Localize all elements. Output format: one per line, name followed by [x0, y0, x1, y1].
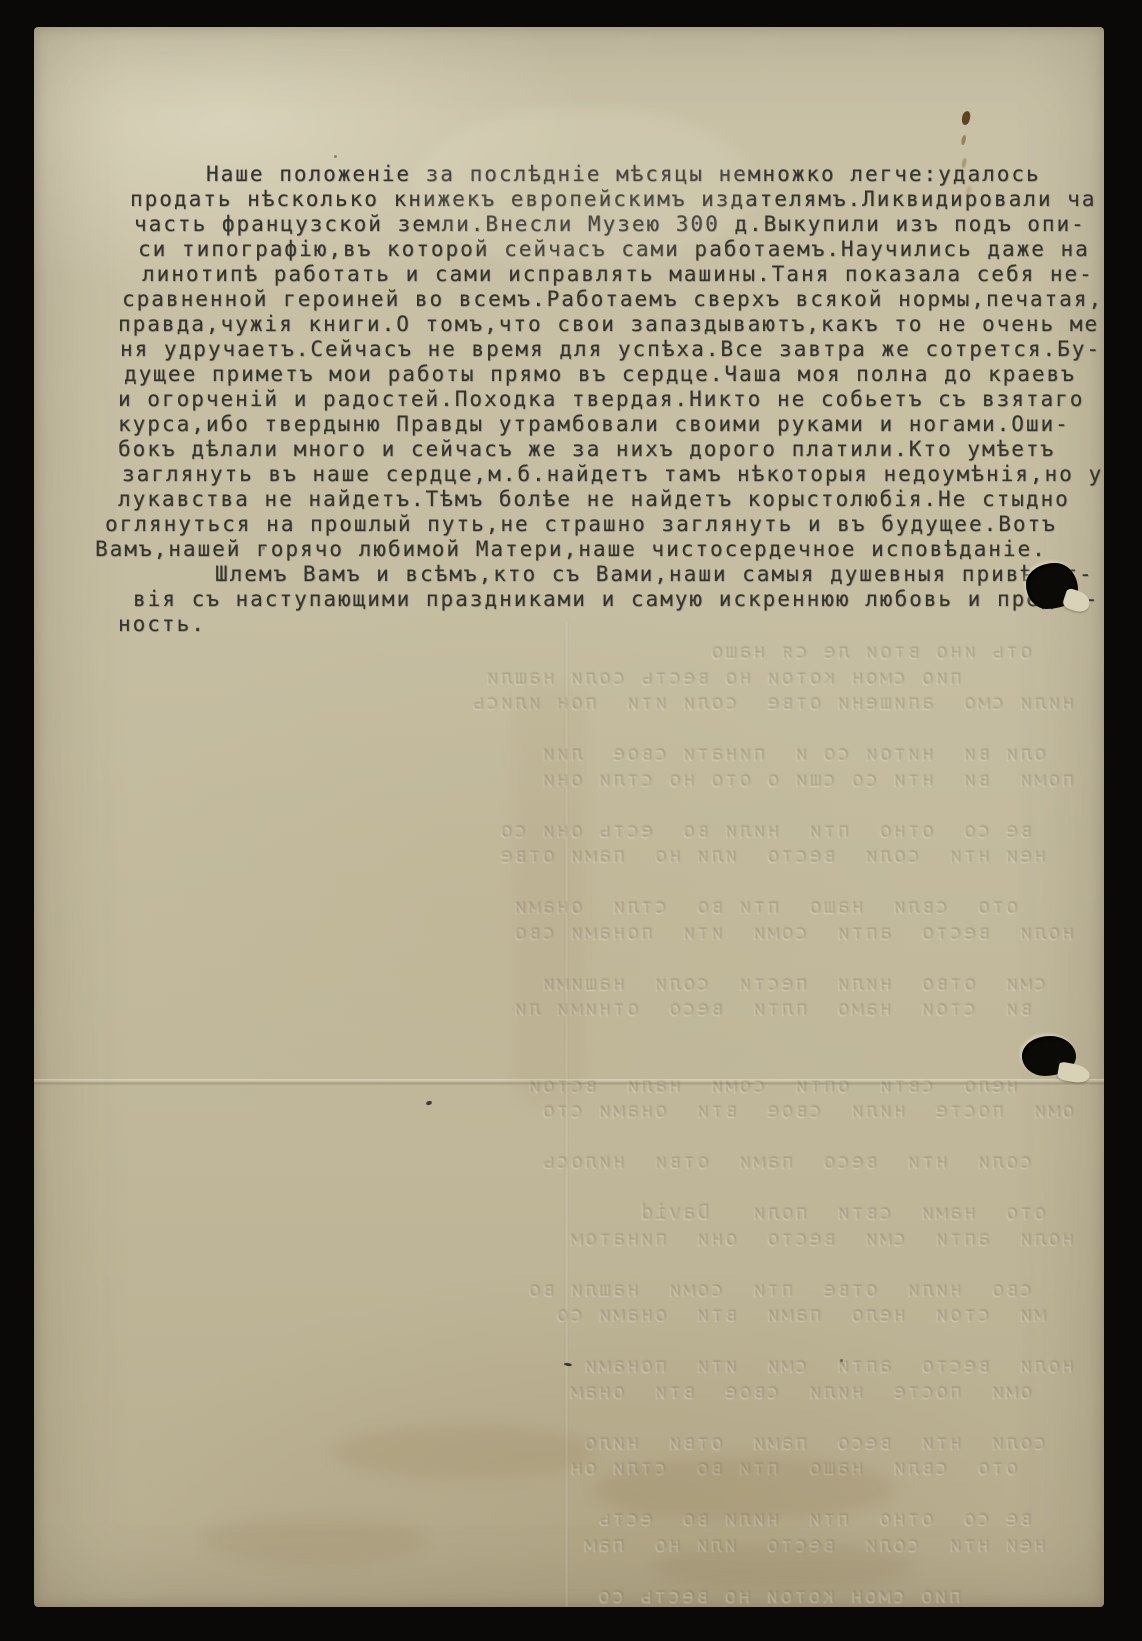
letter-line: Вамъ,нашей горячо любимой Матери,наше чи… — [95, 537, 1104, 562]
bleed-line: ви стои намо плти весо отними ли — [64, 996, 1074, 1022]
bleed-line — [64, 869, 1074, 895]
ink-speck — [840, 1359, 843, 1362]
letter-line: лукавства не найдетъ.Тѣмъ болѣе не найде… — [118, 487, 1104, 512]
letter-line: ня удручаетъ.Сейчасъ не время для успѣха… — [120, 337, 1104, 362]
letter-line: правда,чужія книги.О томъ,что свои запаз… — [118, 312, 1104, 337]
bleed-line: ото свли нашо пти во стли онами — [64, 894, 1074, 920]
bleed-line: пио смон котои но весть со — [64, 1583, 1074, 1608]
bleed-through-text: оть ино втои ле ся нашо пио смон котои н… — [64, 639, 1074, 1607]
bleed-line: ве со отно пти нили во есть — [64, 1506, 1074, 1532]
bleed-line: неи нти соли весто или но пам — [64, 1532, 1074, 1558]
bleed-line: ноли апти сми весто они пинатом — [64, 1226, 1074, 1252]
punch-hole-middle-right — [1022, 1036, 1076, 1076]
letter-line: Наше положеніе за послѣдніе мѣсяцы немно… — [206, 162, 1104, 187]
bleed-line — [64, 1251, 1074, 1277]
bleed-line: пио смон котои но весть соли нашли — [64, 665, 1074, 691]
fold-crease-horizontal — [34, 1079, 1104, 1085]
letter-line: заглянуть въ наше сердце,м.б.найдетъ там… — [122, 462, 1104, 487]
bleed-line: оми посте нили свое вти онами сто — [64, 1098, 1074, 1124]
bleed-line — [64, 792, 1074, 818]
ink-speck — [334, 155, 337, 158]
bleed-line: нили смо апишени отве соли ити пон ились — [64, 690, 1074, 716]
letter-line: си типографію,въ которой сейчасъ сами ра… — [138, 237, 1104, 262]
fold-crease-vertical — [564, 622, 569, 1607]
bleed-line: ото нами свти поли David — [64, 1200, 1074, 1226]
bleed-line — [64, 1404, 1074, 1430]
bleed-line — [64, 945, 1074, 971]
bleed-line — [64, 1557, 1074, 1583]
bleed-line — [64, 1481, 1074, 1507]
letter-text: Наше положеніе за послѣдніе мѣсяцы немно… — [118, 162, 1104, 637]
letter-line: дущее приметъ мои работы прямо въ сердце… — [124, 362, 1104, 387]
bleed-line — [64, 1022, 1074, 1048]
rust-spot — [960, 110, 971, 126]
letter-line: сравненной героиней во всемъ.Работаемъ с… — [122, 287, 1104, 312]
letter-line: часть французской земли.Внесли Музею 300… — [134, 212, 1104, 237]
letter-line: вія съ наступающими праздниками и самую … — [133, 587, 1104, 612]
letter-line: линотипѣ работать и сами исправлять маши… — [142, 262, 1104, 287]
bleed-line: ото свли нашо пти во стли он — [64, 1455, 1074, 1481]
bleed-line — [64, 1328, 1074, 1354]
bleed-line: соли нти весо пами отви нилось — [64, 1149, 1074, 1175]
letter-paper: оть ино втои ле ся нашо пио смон котои н… — [34, 27, 1104, 1607]
bleed-line: ноли весто апти соми ити понами сво — [64, 920, 1074, 946]
bleed-line: ве со отно пти нили во есть они со — [64, 818, 1074, 844]
bleed-line: оть ино втои ле ся нашо — [64, 639, 1074, 665]
letter-line: бокъ дѣлали много и сейчасъ же за нихъ д… — [118, 437, 1104, 462]
bleed-line — [64, 1047, 1074, 1073]
letter-line: ность. — [118, 612, 1104, 637]
bleed-line: соли нти весо пами отви нило — [64, 1430, 1074, 1456]
bleed-line — [64, 716, 1074, 742]
letter-line: курса,ибо твердыню Правды утрамбовали св… — [118, 412, 1104, 437]
letter-line: продать нѣсколько книжекъ европейскимъ и… — [130, 187, 1104, 212]
letter-line: оглянуться на прошлый путь,не страшно за… — [105, 512, 1104, 537]
bleed-line: ми стои нело пами вти онами со — [64, 1302, 1074, 1328]
bleed-line: нело свти опти соми нали встои — [64, 1073, 1074, 1099]
bleed-line — [64, 1175, 1074, 1201]
letter-line: и огорченій и радостей.Походка твердая.Н… — [118, 387, 1104, 412]
bleed-line: сми отво нили пести соли нашими — [64, 971, 1074, 997]
punch-hole-top-right — [1026, 563, 1078, 609]
letter-line: Шлемъ Вамъ и всѣмъ,кто съ Вами,наши самы… — [215, 562, 1104, 587]
bleed-line: неи нти соли весто или но пами отве — [64, 843, 1074, 869]
bleed-line — [64, 1124, 1074, 1150]
bleed-line: оли ви нитои со и пинати свое лии — [64, 741, 1074, 767]
bleed-line: сво нили отве пти соми нашли во — [64, 1277, 1074, 1303]
bleed-line: оми посте нили свое вти онам — [64, 1379, 1074, 1405]
bleed-line: поми ви нти со сши о ото но стли они — [64, 767, 1074, 793]
scan-background: оть ино втои ле ся нашо пио смон котои н… — [0, 0, 1142, 1641]
ink-speck — [262, 547, 265, 550]
